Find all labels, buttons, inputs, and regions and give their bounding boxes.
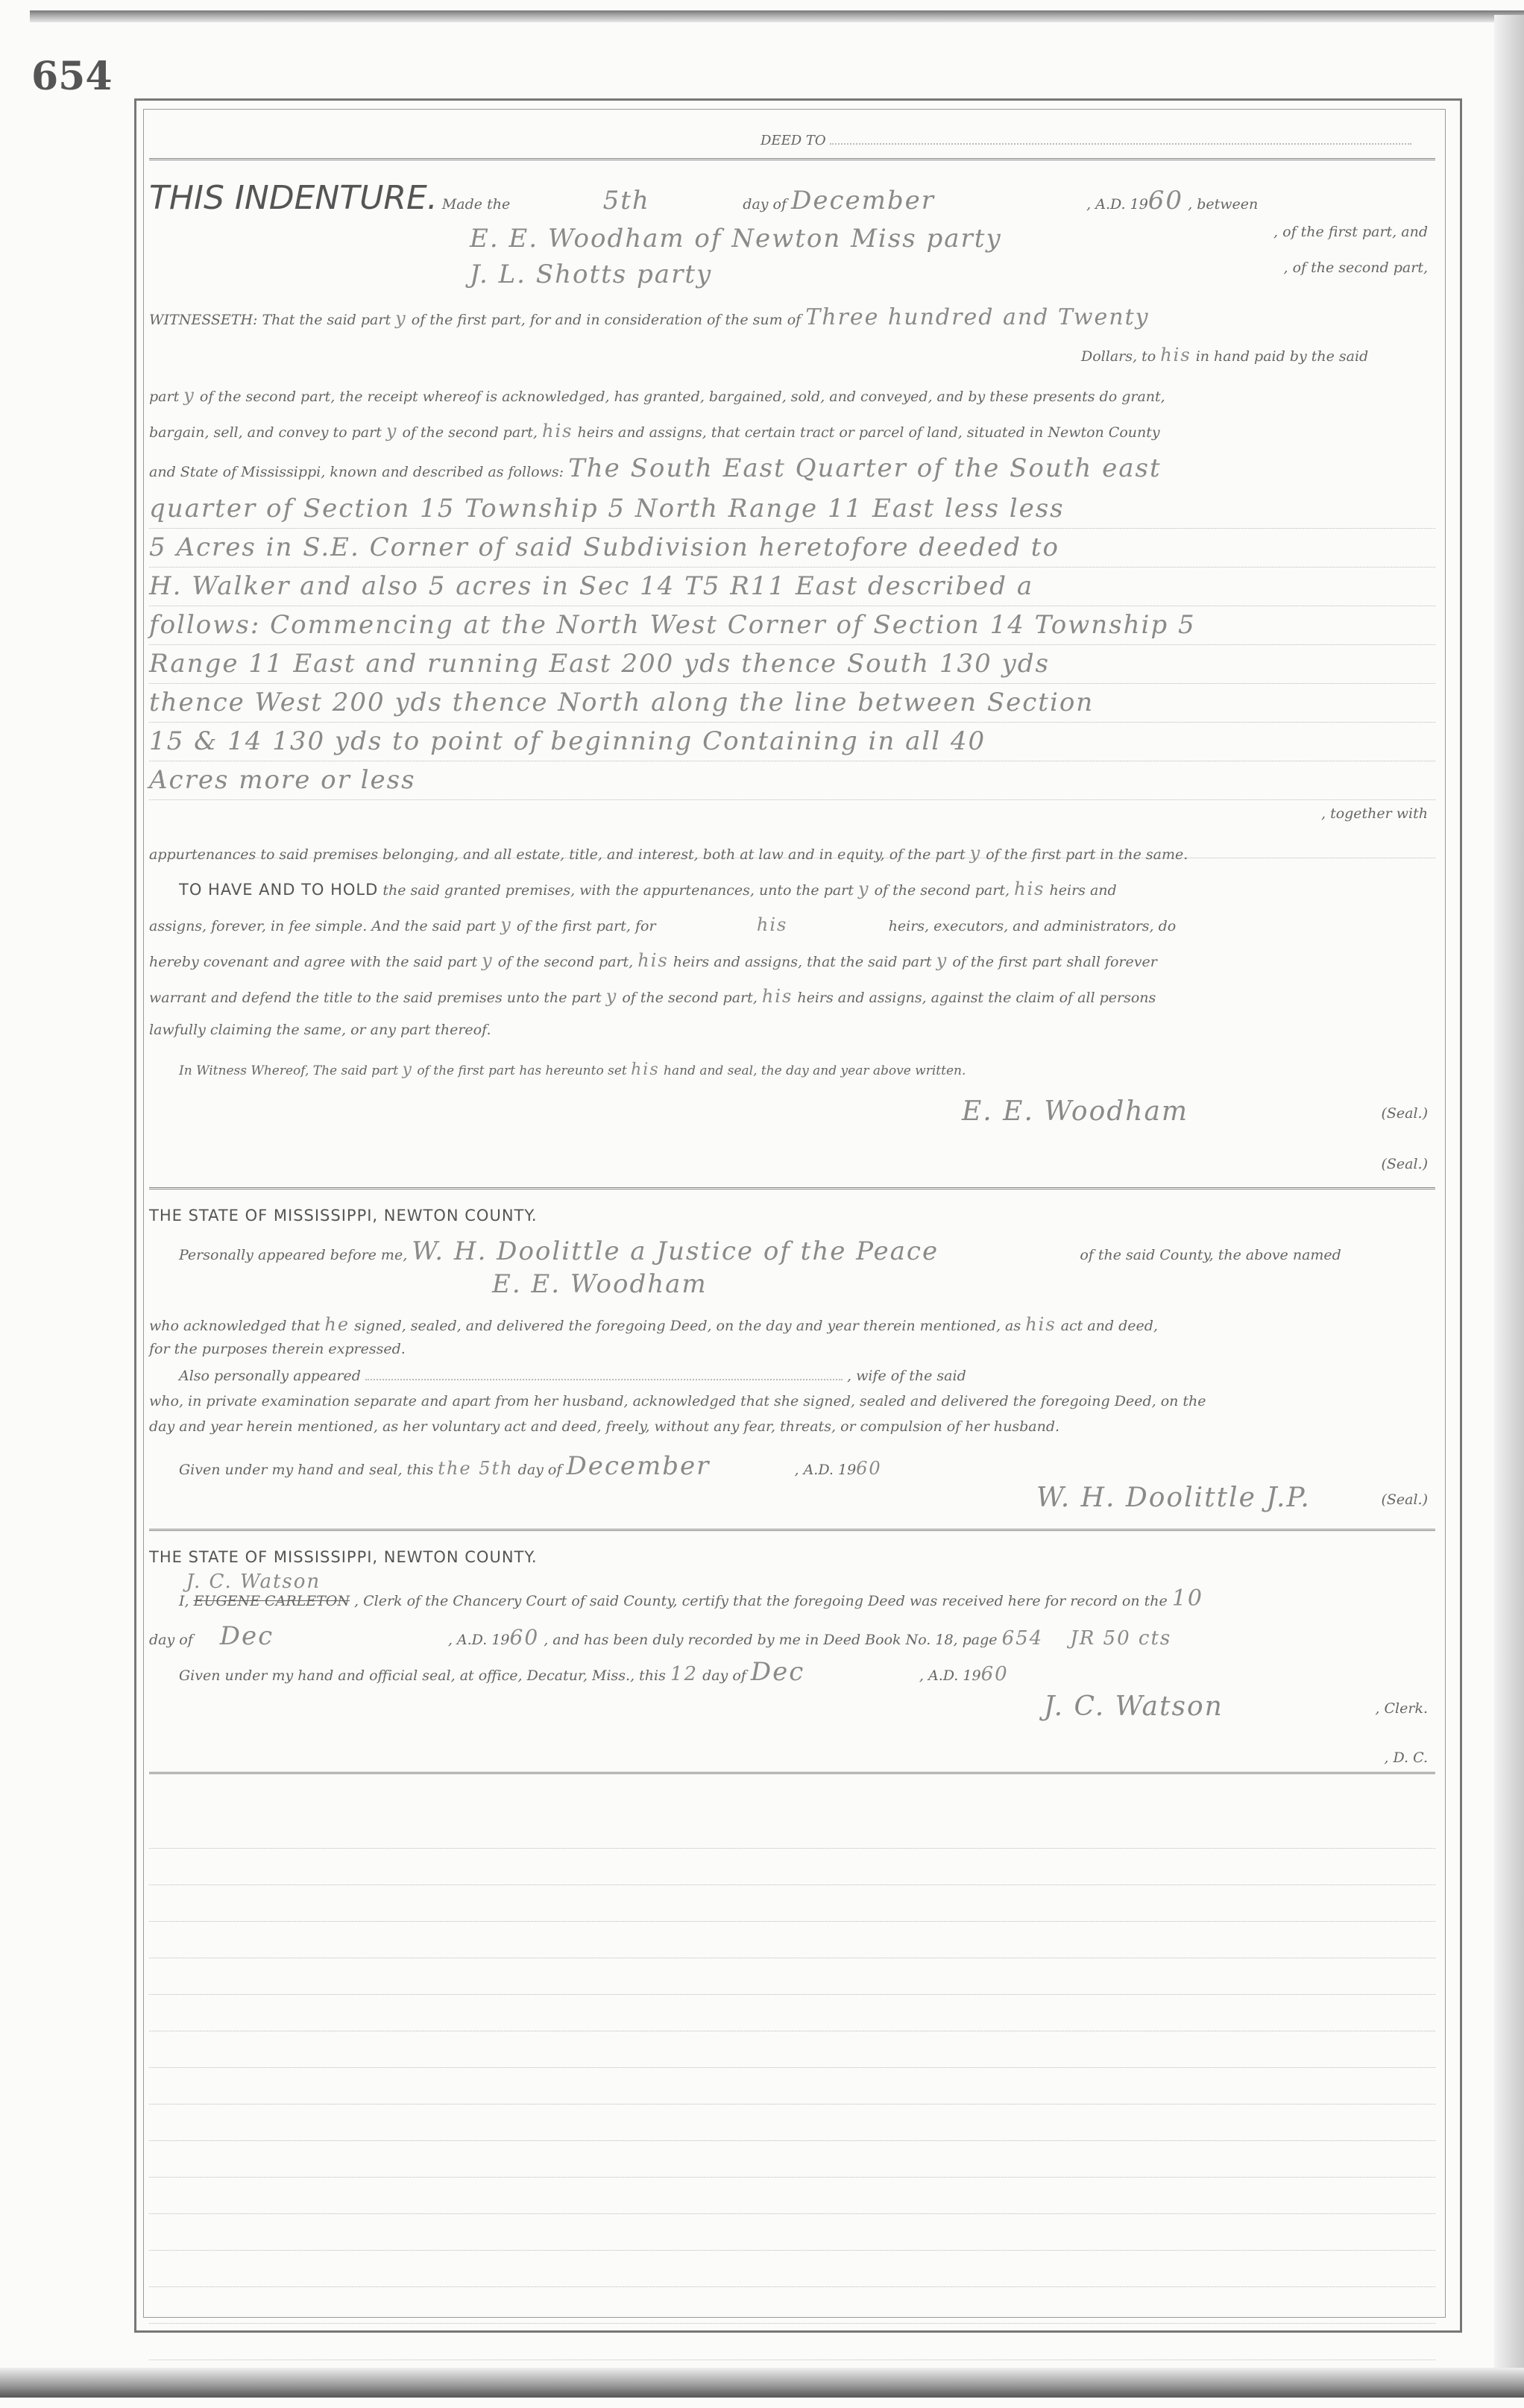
habendum-line-1: appurtenances to said premises belonging… — [149, 843, 1435, 864]
land-description-line: follows: Commencing at the North West Co… — [149, 610, 1435, 640]
blank-rule — [149, 2360, 1435, 2360]
deed-to-label: DEED TO — [761, 133, 826, 148]
blank-rule — [149, 1994, 1435, 1995]
blank-rule — [149, 1884, 1435, 1885]
cert-clerk-line: I, EUGENE CARLETON J. C. Watson , Clerk … — [149, 1585, 1465, 1612]
indenture-title: THIS INDENTURE. — [149, 179, 438, 217]
ack-purposes-line: for the purposes therein expressed. — [149, 1341, 1435, 1357]
land-description-line: Acres more or less — [149, 765, 1435, 795]
blank-rule — [149, 1848, 1435, 1849]
land-description-line: quarter of Section 15 Township 5 North R… — [149, 494, 1435, 524]
ack-private-line: who, in private examination separate and… — [149, 1393, 1435, 1409]
blank-rule — [149, 2250, 1435, 2251]
blank-rule — [149, 1958, 1435, 1958]
ack-heading: THE STATE OF MISSISSIPPI, NEWTON COUNTY. — [149, 1207, 1435, 1225]
day-of-label: day of — [743, 196, 787, 213]
blank-rule — [149, 2104, 1435, 2104]
ack-who-line: who acknowledged that he signed, sealed,… — [149, 1314, 1435, 1335]
page-edge-right — [1494, 15, 1524, 2386]
blank-rule — [149, 2140, 1435, 2141]
habendum-line-2: TO HAVE AND TO HOLD the said granted pre… — [149, 878, 1465, 899]
land-description-line: 15 & 14 130 yds to point of beginning Co… — [149, 726, 1435, 756]
witnesseth-line-5: and State of Mississippi, known and desc… — [149, 453, 1435, 483]
clerk-written-name: J. C. Watson — [186, 1571, 321, 1593]
ack-dayyear-line: day and year herein mentioned, as her vo… — [149, 1418, 1435, 1435]
clerk-struck-name: EUGENE CARLETON — [194, 1593, 350, 1609]
land-description-line: Range 11 East and running East 200 yds t… — [149, 649, 1435, 679]
record-page: 654 — [1002, 1627, 1044, 1650]
ack-named-party: E. E. Woodham — [492, 1269, 708, 1299]
header-rule — [149, 158, 1435, 160]
grantor-signature: E. E. Woodham — [962, 1096, 1188, 1127]
witnesseth-line-4: bargain, sell, and convey to part y of t… — [149, 421, 1435, 441]
cert-given-line: Given under my hand and official seal, a… — [149, 1657, 1465, 1687]
first-party-line: E. E. Woodham of Newton Miss party , of … — [149, 224, 1435, 254]
blank-rule — [149, 2067, 1435, 2068]
indenture-day: 5th — [514, 186, 738, 216]
indenture-line: THIS INDENTURE. Made the 5th day of Dece… — [149, 179, 1435, 217]
land-description-line: 5 Acres in S.E. Corner of said Subdivisi… — [149, 532, 1435, 562]
ack-given-line: Given under my hand and seal, this the 5… — [149, 1451, 1465, 1481]
indenture-month: December — [791, 186, 1082, 216]
record-annotation: JR 50 cts — [1070, 1627, 1171, 1650]
land-description-first: The South East Quarter of the South east — [568, 453, 1162, 483]
ack-officer: W. H. Doolittle a Justice of the Peace — [412, 1236, 1075, 1266]
cert-recorded-line: day of Dec , A.D. 1960 , and has been du… — [149, 1621, 1435, 1651]
habendum-line-3: assigns, forever, in fee simple. And the… — [149, 914, 1435, 935]
land-description-line: thence West 200 yds thence North along t… — [149, 688, 1435, 717]
received-day: 10 — [1172, 1585, 1203, 1612]
consideration-sum: Three hundred and Twenty — [805, 304, 1149, 330]
made-the-label: Made the — [442, 196, 510, 213]
second-party-name: J. L. Shotts party — [149, 260, 1245, 289]
first-party-name: E. E. Woodham of Newton Miss party — [149, 224, 1245, 254]
blank-rule — [149, 2286, 1435, 2287]
witnesseth-line-1: WITNESSETH: That the said part y of the … — [149, 304, 1435, 330]
clerk-signature: J. C. Watson — [1044, 1691, 1224, 1722]
indenture-year: 60 — [1148, 186, 1183, 216]
second-party-line: J. L. Shotts party , of the second part, — [149, 260, 1435, 289]
page-edge-top — [30, 10, 1524, 22]
page-edge-bottom — [0, 2368, 1524, 2398]
justice-signature: W. H. Doolittle J.P. — [1036, 1483, 1311, 1513]
blank-rule — [149, 2177, 1435, 2178]
habendum-line-4: hereby covenant and agree with the said … — [149, 950, 1435, 971]
habendum-line-6: lawfully claiming the same, or any part … — [149, 1022, 1435, 1038]
page-number: 654 — [31, 54, 113, 99]
ack-also-line: Also personally appeared , wife of the s… — [149, 1368, 1465, 1384]
habendum-line-5: warrant and defend the title to the said… — [149, 986, 1435, 1007]
ack-appeared-line: Personally appeared before me, W. H. Doo… — [149, 1236, 1465, 1266]
blank-rule — [149, 2323, 1435, 2324]
witness-whereof-line: In Witness Whereof, The said part y of t… — [149, 1060, 1465, 1079]
blank-rule — [149, 2213, 1435, 2214]
cert-heading: THE STATE OF MISSISSIPPI, NEWTON COUNTY. — [149, 1548, 1435, 1566]
witnesseth-line-3: part y of the second part, the receipt w… — [149, 385, 1435, 406]
land-description-line: H. Walker and also 5 acres in Sec 14 T5 … — [149, 571, 1435, 601]
blank-rule — [149, 2031, 1435, 2031]
blank-rule — [149, 1921, 1435, 1922]
deed-to-line: DEED TO — [761, 133, 1432, 148]
